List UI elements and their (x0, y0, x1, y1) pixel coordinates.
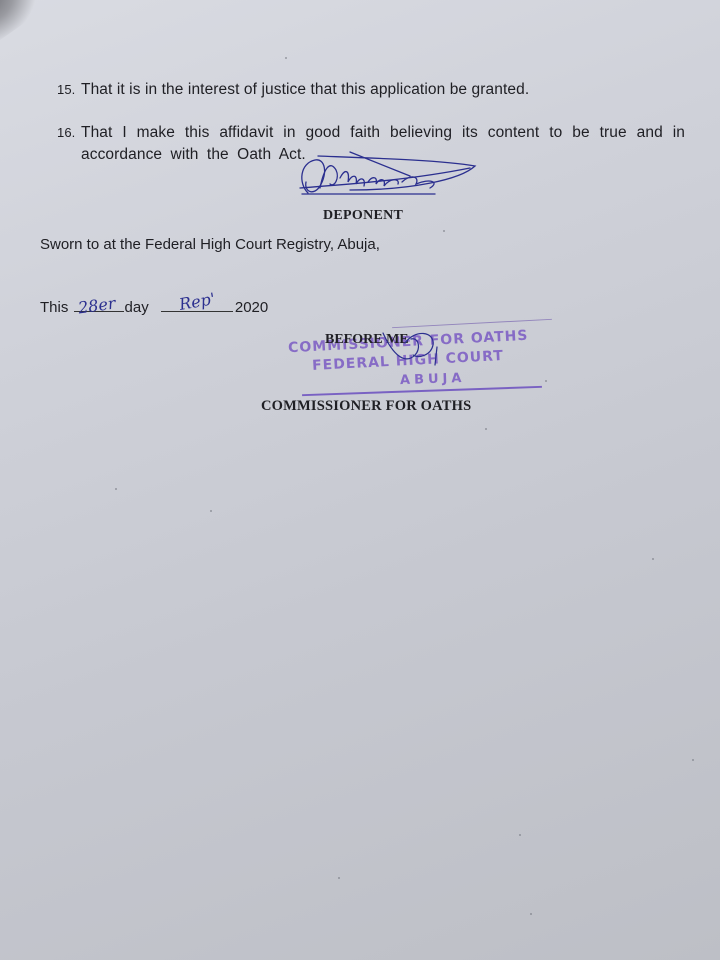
deponent-signature (290, 148, 490, 208)
paper-speck (210, 510, 212, 512)
paper-speck (338, 877, 340, 879)
deponent-label: DEPONENT (323, 208, 403, 224)
paragraph-15: 15. That it is in the interest of justic… (57, 79, 697, 101)
handwritten-month: Rep' (177, 289, 216, 314)
paragraph-number: 16. (57, 122, 75, 144)
handwritten-day: 28er (76, 293, 116, 317)
paper-speck (443, 230, 445, 232)
day-blank: 28er (74, 299, 124, 312)
paper-speck (519, 834, 521, 836)
paper-speck (692, 759, 694, 761)
commissioner-label: COMMISSIONER FOR OATHS (261, 398, 471, 415)
paper-speck (485, 428, 487, 430)
year: 2020 (235, 299, 268, 316)
day-label: day (125, 299, 149, 316)
paragraph-text: That it is in the interest of justice th… (57, 79, 697, 101)
paragraph-number: 15. (57, 79, 75, 101)
stamp-city: ABUJA (400, 371, 466, 388)
date-line: This 28er day Rep' 2020 (40, 299, 268, 316)
date-prefix: This (40, 299, 68, 316)
paper-speck (545, 380, 547, 382)
paper-speck (652, 558, 654, 560)
paper-speck (285, 57, 287, 59)
month-blank: Rep' (161, 299, 233, 312)
affidavit-page: 15. That it is in the interest of justic… (0, 0, 720, 960)
paper-speck (115, 488, 117, 490)
sworn-statement: Sworn to at the Federal High Court Regis… (40, 236, 380, 253)
paper-speck (530, 913, 532, 915)
commissioner-initials (375, 325, 445, 370)
